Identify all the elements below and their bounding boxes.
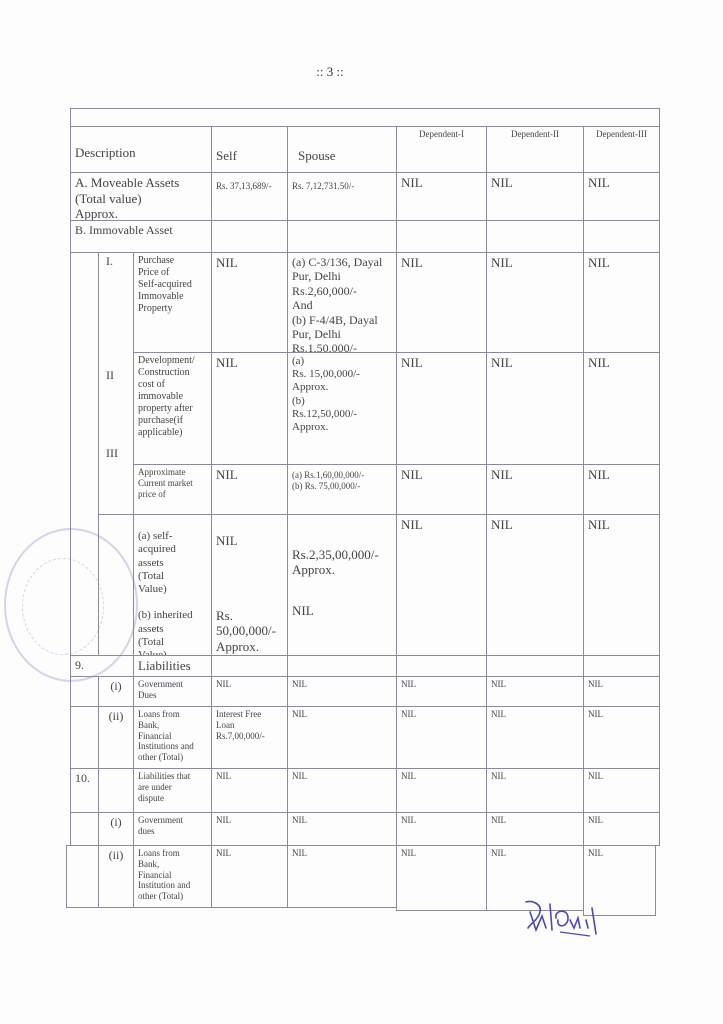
row-assets-self: NIL Rs. 50,00,000/- Approx. xyxy=(211,514,288,656)
row-assets-label: (a) self- acquired assets (Total Value) … xyxy=(133,514,212,656)
row-assets-spouse-b: NIL xyxy=(292,603,392,619)
header-spouse-label: Spouse xyxy=(292,148,392,164)
header-spouse: Spouse Laxmi Bisht xyxy=(287,126,397,173)
row-moveable-dep2: NIL xyxy=(486,172,584,221)
row-loans9-dep3: NIL xyxy=(583,706,660,769)
row-gov10-margin xyxy=(70,812,99,846)
row-immovable-dep2 xyxy=(486,220,584,253)
row-gov9-dep3: NIL xyxy=(583,676,660,707)
row-gov10-index: (i) xyxy=(98,812,134,846)
row-market-spouse: (a) Rs.1,60,00,000/- (b) Rs. 75,00,000/- xyxy=(287,464,397,515)
row-liabilities-dep2 xyxy=(486,655,584,677)
signature xyxy=(520,898,630,938)
row-disputed-number: 10. xyxy=(70,768,99,813)
row-loans9-self: Interest Free Loan Rs.7,00,000/- xyxy=(211,706,288,769)
row-purchase-index: I. xyxy=(106,254,113,269)
row-loans10-label: Loans from Bank, Financial Institution a… xyxy=(133,845,212,908)
row-assets-dep3: NIL xyxy=(583,514,660,656)
row-moveable-dep3: NIL xyxy=(583,172,660,221)
row-immovable-dep1 xyxy=(396,220,487,253)
row-gov9-label: Government Dues xyxy=(133,676,212,707)
row-assets-label-a: (a) self- acquired assets (Total Value) xyxy=(138,530,207,596)
row-gov9-dep1: NIL xyxy=(396,676,487,707)
row-loans9-index: (ii) xyxy=(98,706,134,769)
row-disputed-self: NIL xyxy=(211,768,288,813)
row-disputed-dep2: NIL xyxy=(486,768,584,813)
row-gov9-index: (i) xyxy=(98,676,134,707)
row-development-self: NIL xyxy=(211,352,288,465)
header-dependent-1: Dependent-I xyxy=(396,126,487,173)
row-loans10-index: (ii) xyxy=(98,845,134,908)
row-gov10-dep2: NIL xyxy=(486,812,584,846)
official-stamp-inner xyxy=(22,558,104,655)
row-purchase-label: Purchase Price of Self-acquired Immovabl… xyxy=(133,252,212,353)
row-liabilities-self xyxy=(211,655,288,677)
row-purchase-dep2: NIL xyxy=(486,252,584,353)
row-loans10-margin xyxy=(66,845,99,908)
header-self-label: Self xyxy=(216,148,283,164)
row-purchase-spouse: (a) C-3/136, Dayal Pur, Delhi Rs.2,60,00… xyxy=(287,252,397,353)
row-development-label: Development/ Construction cost of immova… xyxy=(133,352,212,465)
row-moveable-dep1: NIL xyxy=(396,172,487,221)
row-moveable-spouse: Rs. 7,12,731.50/- xyxy=(287,172,397,221)
row-gov10-self: NIL xyxy=(211,812,288,846)
row-gov9-self: NIL xyxy=(211,676,288,707)
row-immovable-spouse xyxy=(287,220,397,253)
row-moveable-self: Rs. 37,13,689/- xyxy=(211,172,288,221)
row-assets-dep1: NIL xyxy=(396,514,487,656)
row-gov9-dep2: NIL xyxy=(486,676,584,707)
row-development-dep2: NIL xyxy=(486,352,584,465)
row-gov9-spouse: NIL xyxy=(287,676,397,707)
row-loans9-label: Loans from Bank, Financial Institutions … xyxy=(133,706,212,769)
row-assets-self-a: NIL xyxy=(216,533,283,549)
row-development-index: II xyxy=(106,368,114,383)
row-assets-label-b: (b) inherited assets (Total Value) xyxy=(138,609,207,656)
row-market-index: III xyxy=(106,446,118,461)
row-market-dep3: NIL xyxy=(583,464,660,515)
row-disputed-dep3: NIL xyxy=(583,768,660,813)
page-number: :: 3 :: xyxy=(0,64,660,80)
header-self: Self Mohan Singh Bisht xyxy=(211,126,288,173)
row-loans9-spouse: NIL xyxy=(287,706,397,769)
row-market-dep2: NIL xyxy=(486,464,584,515)
row-assets-spouse: Rs.2,35,00,000/- Approx. NIL xyxy=(287,514,397,656)
row-purchase-dep1: NIL xyxy=(396,252,487,353)
row-liabilities-label: Liabilities xyxy=(133,655,212,677)
row-loans10-dep1: NIL xyxy=(396,845,487,911)
section-title-row: 8. Details of Assets and Liabilities in … xyxy=(70,108,660,127)
row-immovable-self xyxy=(211,220,288,253)
header-dependent-3: Dependent-III xyxy=(583,126,660,173)
row-development-spouse: (a) Rs. 15,00,000/- Approx. (b) Rs.12,50… xyxy=(287,352,397,465)
row-immovable-dep3 xyxy=(583,220,660,253)
row-gov10-spouse: NIL xyxy=(287,812,397,846)
row-gov10-dep3: NIL xyxy=(583,812,660,846)
row-moveable-label: A. Moveable Assets (Total value) Approx. xyxy=(70,172,212,221)
row-loans10-self: NIL xyxy=(211,845,288,908)
row-loans9-dep1: NIL xyxy=(396,706,487,769)
row-assets-dep2: NIL xyxy=(486,514,584,656)
row-development-dep3: NIL xyxy=(583,352,660,465)
row-assets-spouse-a: Rs.2,35,00,000/- Approx. xyxy=(292,547,392,578)
row-disputed-label: Liabilities that are under dispute xyxy=(133,768,212,813)
row-immovable-label: B. Immovable Asset xyxy=(70,220,212,253)
row-loans9-margin xyxy=(70,706,99,769)
row-loans10-spouse: NIL xyxy=(287,845,397,908)
row-purchase-dep3: NIL xyxy=(583,252,660,353)
row-purchase-self: NIL xyxy=(211,252,288,353)
row-market-self: NIL xyxy=(211,464,288,515)
row-disputed-dep1: NIL xyxy=(396,768,487,813)
row-disputed-spouse: NIL xyxy=(287,768,397,813)
row-assets-self-b: Rs. 50,00,000/- Approx. xyxy=(216,608,283,655)
row-liabilities-spouse xyxy=(287,655,397,677)
row-market-dep1: NIL xyxy=(396,464,487,515)
row-disputed-index xyxy=(98,768,134,813)
row-loans9-dep2: NIL xyxy=(486,706,584,769)
immovable-index-column xyxy=(98,252,134,515)
row-market-label: Approximate Current market price of xyxy=(133,464,212,515)
row-gov10-dep1: NIL xyxy=(396,812,487,846)
row-liabilities-dep3 xyxy=(583,655,660,677)
row-liabilities-dep1 xyxy=(396,655,487,677)
row-gov10-label: Government dues xyxy=(133,812,212,846)
header-dependent-2: Dependent-II xyxy=(486,126,584,173)
row-development-dep1: NIL xyxy=(396,352,487,465)
header-description: Description xyxy=(70,126,212,173)
